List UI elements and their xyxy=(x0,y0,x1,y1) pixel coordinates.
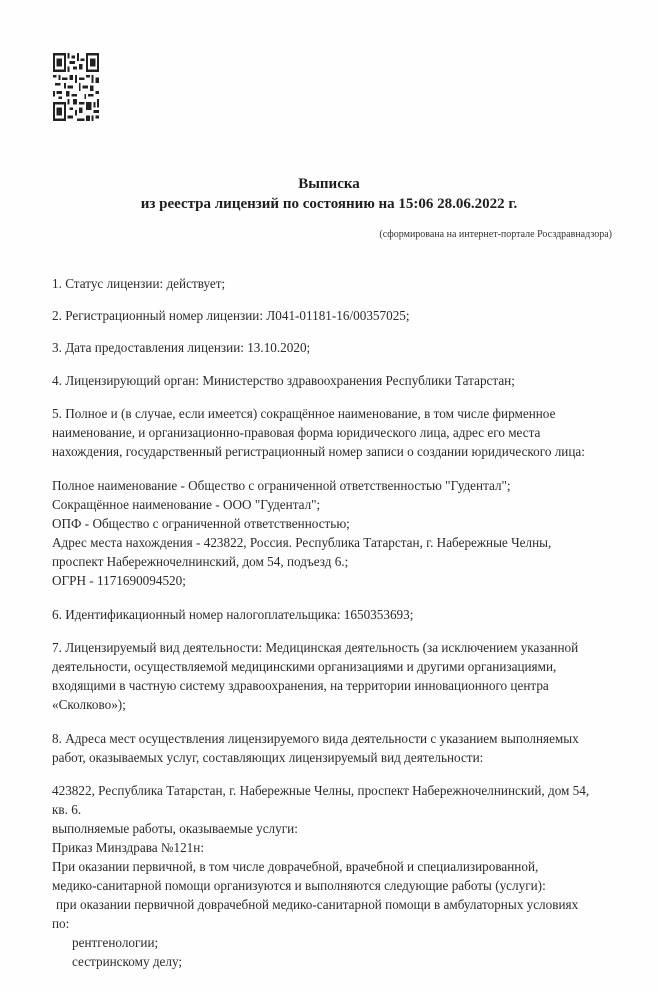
item-7-line: «Сколково»); xyxy=(52,695,126,714)
document-subtitle: из реестра лицензий по состоянию на 15:0… xyxy=(0,194,658,214)
org-legal-form: ОПФ - Общество с ограниченной ответствен… xyxy=(52,514,350,533)
item-5-line: наименование, и организационно-правовая … xyxy=(52,423,540,442)
document-title: Выписка xyxy=(0,174,658,194)
item-8-line: 8. Адреса мест осуществления лицензируем… xyxy=(52,729,579,748)
item-license-status: 1. Статус лицензии: действует; xyxy=(52,274,225,293)
item-8-line: работ, оказываемых услуг, составляющих л… xyxy=(52,748,483,767)
item-5-line: нахождения, государственный регистрацион… xyxy=(52,442,585,461)
org-full-name: Полное наименование - Общество с огранич… xyxy=(52,476,511,495)
item-7-line: 7. Лицензируемый вид деятельности: Медиц… xyxy=(52,638,578,657)
item-7-line: входящими в частную систему здравоохране… xyxy=(52,676,549,695)
activity-address: 423822, Республика Татарстан, г. Набереж… xyxy=(52,781,589,800)
license-extract-page: Выписка из реестра лицензий по состоянию… xyxy=(0,0,658,992)
item-5-line: 5. Полное и (в случае, если имеется) сок… xyxy=(52,404,555,423)
services-description: При оказании первичной, в том числе довр… xyxy=(52,857,538,876)
order-reference: Приказ Минздрава №121н: xyxy=(52,838,204,857)
item-7-line: деятельности, осуществляемой медицинским… xyxy=(52,657,556,676)
org-ogrn: ОГРН - 1171690094520; xyxy=(52,571,186,590)
primary-care-heading: при оказании первичной доврачебной медик… xyxy=(56,895,578,914)
source-note: (сформирована на интернет-портале Росздр… xyxy=(379,228,612,242)
item-licensing-authority: 4. Лицензирующий орган: Министерство здр… xyxy=(52,371,515,390)
activity-address-cont: кв. 6. xyxy=(52,800,81,819)
org-address-cont: проспект Набережночелнинский, дом 54, по… xyxy=(52,552,348,571)
service-nursing: сестринскому делу; xyxy=(72,952,182,971)
works-services-label: выполняемые работы, оказываемые услуги: xyxy=(52,819,298,838)
primary-care-heading-cont: по: xyxy=(52,914,69,933)
org-short-name: Сокращённое наименование - ООО "Гудентал… xyxy=(52,495,320,514)
item-issue-date: 3. Дата предоставления лицензии: 13.10.2… xyxy=(52,338,310,357)
services-description-cont: медико-санитарной помощи организуются и … xyxy=(52,876,546,895)
item-registration-number: 2. Регистрационный номер лицензии: Л041-… xyxy=(52,306,410,325)
org-address: Адрес места нахождения - 423822, Россия.… xyxy=(52,533,551,552)
service-radiology: рентгенологии; xyxy=(72,933,158,952)
qr-code-icon xyxy=(53,53,99,121)
item-inn: 6. Идентификационный номер налогоплатель… xyxy=(52,605,413,624)
